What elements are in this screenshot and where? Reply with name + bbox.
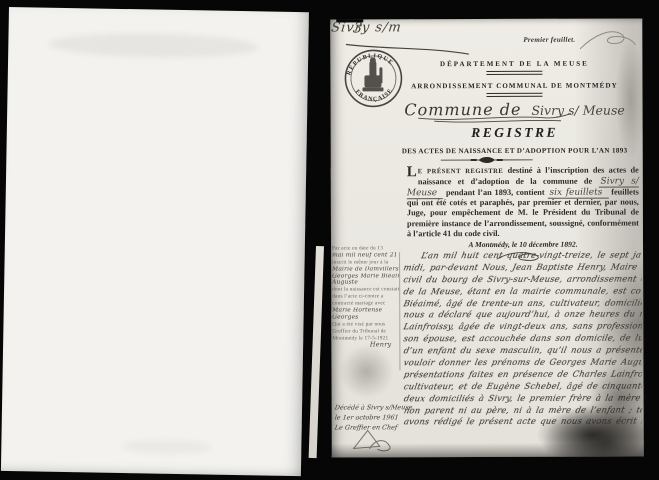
preamble-paragraph: LE PRÉSENT REGISTRE destiné à l’inscript… [407, 165, 639, 239]
register-title: REGISTRE [390, 124, 640, 141]
divider-rule [486, 71, 542, 75]
margin-note-line: mai mil neuf cent 21 [332, 252, 399, 259]
annotation-commune: Sivry s/m [330, 20, 403, 35]
bleedthrough-smudge [48, 32, 258, 60]
margin-note-marriage: Par acte en date du 13 mai mil neuf cent… [332, 245, 399, 349]
handwritten-line: son épouse, est accouchée dans son domic… [402, 333, 642, 346]
dateline: A Montmédy, le 10 décembre 1892. [407, 239, 639, 249]
handwritten-line: civil du bourg de Sivry-sur-Meuse, arron… [402, 273, 642, 286]
handwritten-line: deux domiciliés à Sivry, le premier frèr… [403, 392, 643, 405]
birth-act-handwriting: L’an mil huit cent quatre-vingt-treize, … [402, 249, 641, 428]
header-block: DÉPARTEMENT DE LA MEUSE ARRONDISSEMENT C… [389, 59, 639, 155]
premier-feuillet-label: Premier feuillet. [523, 36, 575, 44]
register-page: Sivry s/m3 Premier feuillet. RÉPUBLIQUE … [330, 18, 644, 457]
left-blank-page [1, 7, 309, 476]
margin-note-line: Mairie de Damvillers [332, 266, 399, 273]
handwritten-line: d’un enfant du sexe masculin, qu’il nous… [402, 345, 642, 358]
scanned-register-page: { "colors": { "background": "#060606", "… [0, 0, 659, 480]
margin-note-line: Georges Marie Biéaimé [332, 273, 399, 280]
bleedthrough-smudge [121, 439, 211, 455]
handwritten-line: avons rédigé le présent acte que nous av… [403, 416, 643, 429]
pencil-squiggle [576, 24, 638, 54]
commune-underline-flourish [415, 113, 575, 124]
divider-rule [486, 93, 542, 97]
arrondissement-line: ARRONDISSEMENT COMMUNAL DE MONTMÉDY [389, 81, 639, 90]
margin-note-line: Décédé à Sivry s/Meuse [334, 403, 415, 413]
preamble-text: pendant l’an 1893, contient [443, 187, 547, 196]
margin-note-line: le 1er octobre 1961 [334, 413, 415, 423]
preamble-smallcaps: E PRÉSENT REGISTRE [418, 168, 504, 175]
handwritten-line: midi, par-devant Nous, Jean Baptiste Hen… [402, 261, 642, 274]
handwritten-line: L’an mil huit cent quatre-vingt-treize, … [402, 249, 642, 262]
ink-smudge [339, 344, 393, 398]
departement-line: DÉPARTEMENT DE LA MEUSE [389, 59, 639, 68]
dropcap: L [407, 166, 417, 179]
handwritten-line: de la Meuse, étant en la mairie communal… [402, 285, 642, 298]
handwritten-line: vouloir donner les prénoms de Georges Ma… [402, 356, 642, 369]
scan-shading [332, 442, 644, 457]
gutter-page-edge [309, 246, 324, 458]
subtitle-ornament [435, 155, 539, 165]
handwritten-line: présentations faites en présence de Char… [402, 368, 642, 381]
handwritten-line: cultivateur, et de Eugène Schebel, âgé d… [403, 380, 643, 393]
